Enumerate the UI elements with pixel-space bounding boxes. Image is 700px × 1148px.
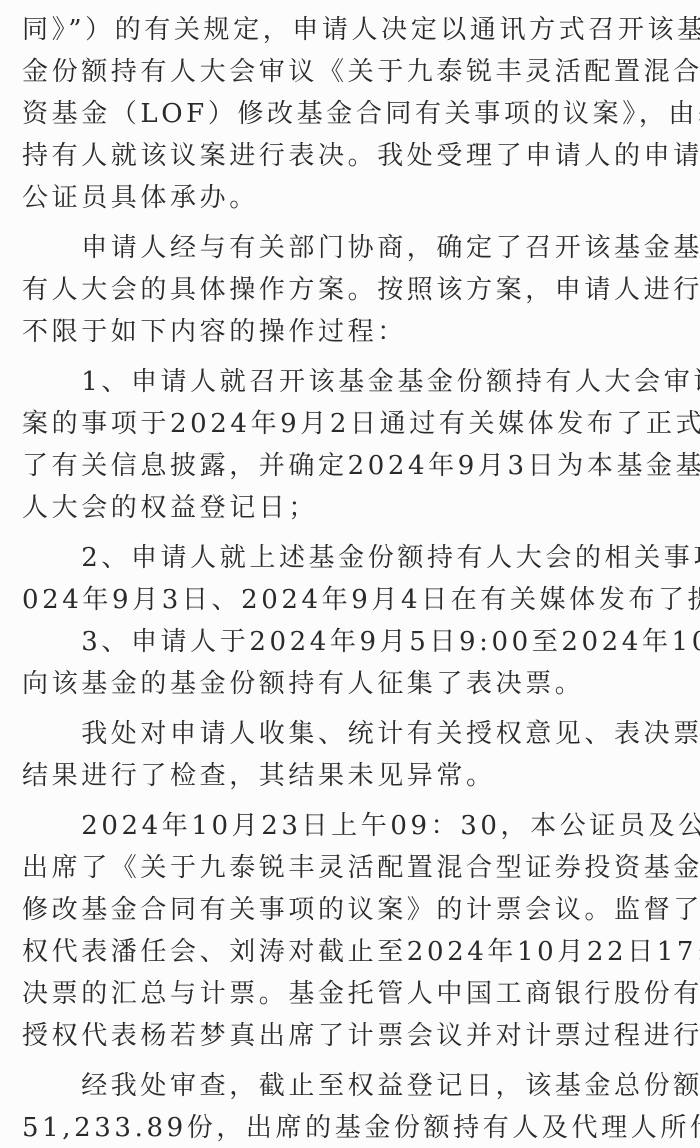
text-line: 2024年10月23日上午09：30，本公证员及公证人员李小青 [22,805,682,847]
text-line: 同》”）的有关规定，申请人决定以通讯方式召开该基金的基 [22,9,682,51]
text-line: 公证员具体承办。 [22,177,682,219]
text-line: 案的事项于2024年9月2日通过有关媒体发布了正式公告，进行 [22,403,682,445]
document-page: 同》”）的有关规定，申请人决定以通讯方式召开该基金的基 金份额持有人大会审议《关… [0,0,700,1148]
text-line: 不限于如下内容的操作过程： [22,311,682,353]
text-line: 51,233.89份，出席的基金份额持有人及代理人所代表的基金 [22,1107,682,1148]
text-line: 024年9月3日、2024年9月4日在有关媒体发布了提示性公告。 [22,579,682,621]
text-line: 1、申请人就召开该基金基金份额持有人大会审议上述议 [22,361,682,403]
text-line: 结果进行了检查，其结果未见异常。 [22,755,682,797]
text-line: 授权代表杨若梦真出席了计票会议并对计票过程进行了监督。 [22,1015,682,1057]
text-line: 了有关信息披露，并确定2024年9月3日为本基金基金份额持有 [22,445,682,487]
text-line: 3、申请人于2024年9月5日9:00至2024年10月22日17:00止 [22,621,682,663]
text-line: 修改基金合同有关事项的议案》的计票会议。监督了申请人授 [22,889,682,931]
text-line: 申请人经与有关部门协商，确定了召开该基金基金份额持 [22,227,682,269]
text-line: 金份额持有人大会审议《关于九泰锐丰灵活配置混合型证券投 [22,51,682,93]
text-line: 权代表潘任会、刘涛对截止至2024年10月22日17:00征集的表 [22,931,682,973]
text-line: 持有人就该议案进行表决。我处受理了申请人的申请并指派本 [22,135,682,177]
text-line: 资基金（LOF）修改基金合同有关事项的议案》，由基金份额 [22,93,682,135]
text-line: 2、申请人就上述基金份额持有人大会的相关事项分别于2 [22,537,682,579]
text-line: 经我处审查，截止至权益登记日，该基金总份额共有39,2 [22,1065,682,1107]
text-line: 有人大会的具体操作方案。按照该方案，申请人进行了包括但 [22,269,682,311]
text-line: 我处对申请人收集、统计有关授权意见、表决票的数据及 [22,713,682,755]
text-line: 出席了《关于九泰锐丰灵活配置混合型证券投资基金（LOF） [22,847,682,889]
text-line: 向该基金的基金份额持有人征集了表决票。 [22,663,682,705]
text-line: 决票的汇总与计票。基金托管人中国工商银行股份有限公司的 [22,973,682,1015]
text-line: 人大会的权益登记日； [22,487,682,529]
